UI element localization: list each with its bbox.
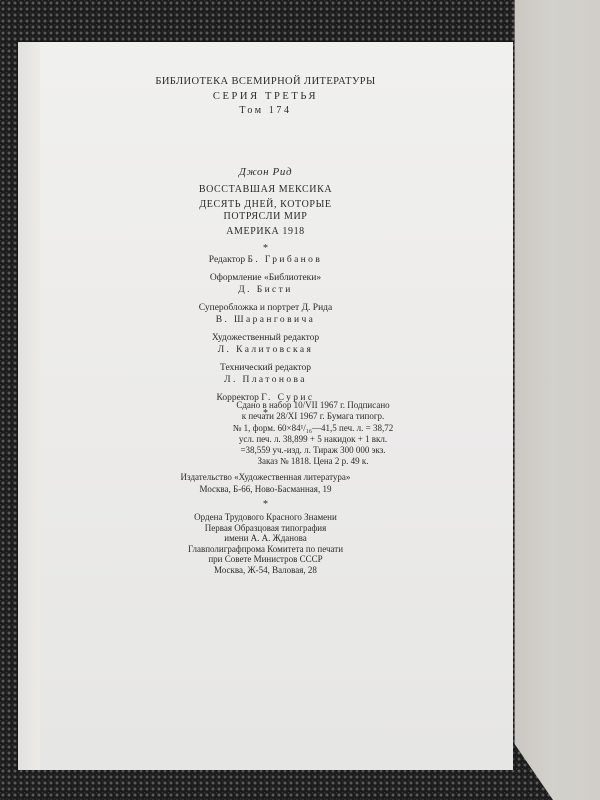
work-block: Джон Рид ВОССТАВШАЯ МЕКСИКА ДЕСЯТЬ ДНЕЙ,…	[18, 166, 513, 256]
credit-tech-editor-role: Технический редактор	[18, 362, 513, 375]
imprint-block: Сдано в набор 10/VII 1967 г. Подписано к…	[206, 400, 420, 468]
printer-line: Первая Образцовая типография	[18, 523, 513, 534]
separator-star: *	[18, 498, 513, 512]
library-name: БИБЛИОТЕКА ВСЕМИРНОЙ ЛИТЕРАТУРЫ	[18, 76, 513, 87]
credit-cover-role: Суперобложка и портрет Д. Рида	[18, 302, 513, 315]
imprint-line: № 1, форм. 60×84¹/₁₆—41,5 печ. л. = 38,7…	[206, 423, 420, 434]
credit-design-role: Оформление «Библиотеки»	[18, 272, 513, 285]
credit-person: Б. Грибанов	[248, 255, 323, 265]
printer-line: при Совете Министров СССР	[18, 554, 513, 565]
printer-block: Ордена Трудового Красного Знамени Первая…	[18, 512, 513, 575]
credit-tech-editor-person: Л. Платонова	[18, 374, 513, 387]
publisher-name: Издательство «Художественная литература»	[18, 472, 513, 484]
printer-line: Ордена Трудового Красного Знамени	[18, 512, 513, 523]
imprint-line: к печати 28/XI 1967 г. Бумага типогр.	[206, 411, 420, 422]
printer-address: Москва, Ж-54, Валовая, 28	[18, 565, 513, 576]
credit-design-person: Д. Бисти	[18, 284, 513, 297]
printer-line: имени А. А. Жданова	[18, 533, 513, 544]
credit-cover-person: В. Шаранговича	[18, 314, 513, 327]
title-3: ПОТРЯСЛИ МИР	[18, 211, 513, 223]
credit-art-editor-person: Л. Калитовская	[18, 344, 513, 357]
title-4: АМЕРИКА 1918	[18, 226, 513, 238]
imprint-order-price: Заказ № 1818. Цена 2 р. 49 к.	[206, 456, 420, 467]
imprint-line: =38,559 уч.-изд. л. Тираж 300 000 экз.	[206, 445, 420, 456]
credit-art-editor-role: Художественный редактор	[18, 332, 513, 345]
series-header: БИБЛИОТЕКА ВСЕМИРНОЙ ЛИТЕРАТУРЫ СЕРИЯ ТР…	[18, 76, 513, 116]
publisher-block: Издательство «Художественная литература»…	[18, 472, 513, 512]
author-name: Джон Рид	[18, 166, 513, 178]
imprint-line: Сдано в набор 10/VII 1967 г. Подписано	[206, 400, 420, 411]
imprint-line: усл. печ. л. 38,899 + 5 накидок + 1 вкл.	[206, 434, 420, 445]
printer-line: Главполиграфпрома Комитета по печати	[18, 544, 513, 555]
title-1: ВОССТАВШАЯ МЕКСИКА	[18, 184, 513, 196]
series-label: СЕРИЯ ТРЕТЬЯ	[18, 91, 513, 102]
credit-editor: Редактор Б. Грибанов	[18, 254, 513, 267]
publisher-address: Москва, Б-66, Ново-Басманная, 19	[18, 484, 513, 496]
title-2: ДЕСЯТЬ ДНЕЙ, КОТОРЫЕ	[18, 199, 513, 211]
credit-role: Редактор	[209, 255, 245, 265]
credits-block: Редактор Б. Грибанов Оформление «Библиот…	[18, 254, 513, 421]
book-page: БИБЛИОТЕКА ВСЕМИРНОЙ ЛИТЕРАТУРЫ СЕРИЯ ТР…	[18, 42, 513, 770]
next-page-edge	[505, 0, 600, 800]
volume-number: Том 174	[18, 105, 513, 116]
